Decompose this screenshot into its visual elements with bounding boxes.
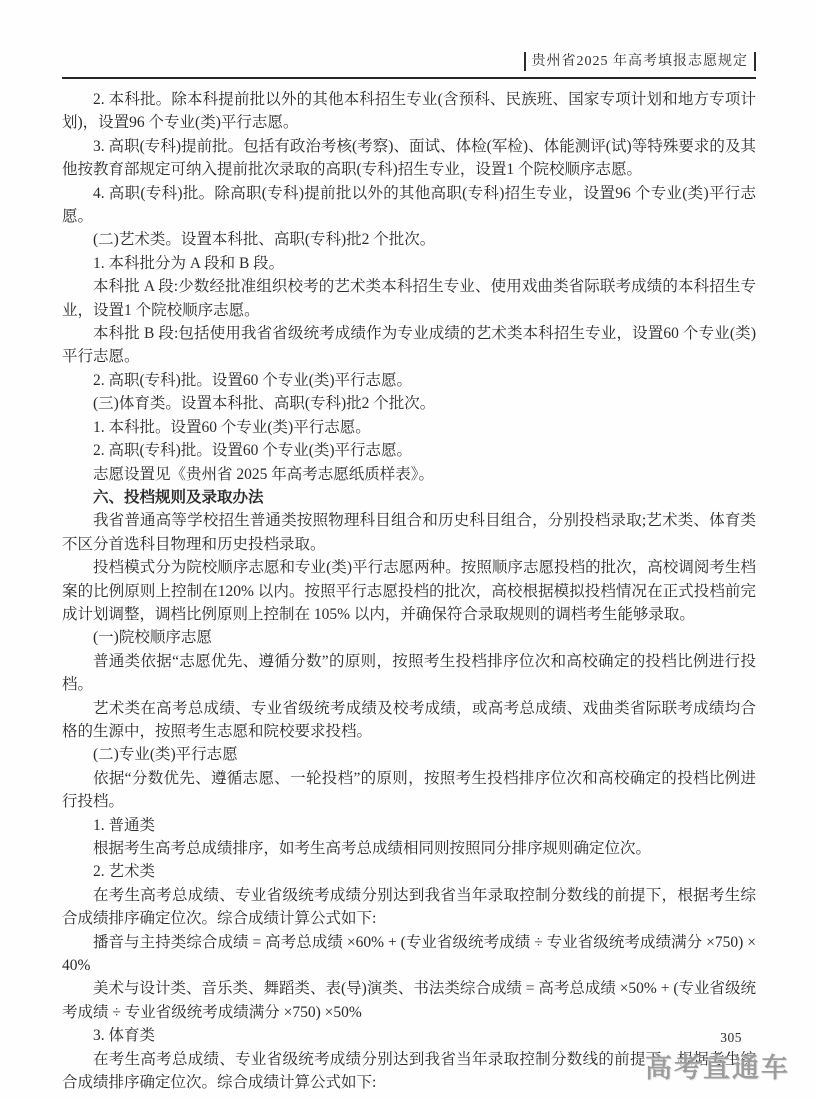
paragraph: 2. 高职(专科)批。设置60 个专业(类)平行志愿。: [62, 439, 756, 462]
paragraph: 2. 高职(专科)批。设置60 个专业(类)平行志愿。: [62, 369, 756, 392]
paragraph: 2. 本科批。除本科提前批以外的其他本科招生专业(含预科、民族班、国家专项计划和…: [62, 88, 756, 135]
paragraph: 2. 艺术类: [62, 860, 756, 883]
section-heading: 六、投档规则及录取办法: [62, 486, 756, 509]
page-number: 305: [720, 1030, 742, 1046]
paragraph: (三)体育类。设置本科批、高职(专科)批2 个批次。: [62, 392, 756, 415]
document-page: 贵州省2025 年高考填报志愿规定 2. 本科批。除本科提前批以外的其他本科招生…: [0, 0, 816, 1100]
paragraph: 本科批 B 段:包括使用我省省级统考成绩作为专业成绩的艺术类本科招生专业，设置6…: [62, 322, 756, 369]
paragraph: 普通类依据“志愿优先、遵循分数”的原则，按照考生投档排序位次和高校确定的投档比例…: [62, 650, 756, 697]
running-header-title: 贵州省2025 年高考填报志愿规定: [524, 52, 757, 71]
paragraph: (二)艺术类。设置本科批、高职(专科)批2 个批次。: [62, 228, 756, 251]
document-body: 2. 本科批。除本科提前批以外的其他本科招生专业(含预科、民族班、国家专项计划和…: [62, 88, 756, 1094]
paragraph: 志愿设置见《贵州省 2025 年高考志愿纸质样表》。: [62, 463, 756, 486]
paragraph: (一)院校顺序志愿: [62, 626, 756, 649]
paragraph: 3. 体育类: [62, 1024, 756, 1047]
watermark-text: 高考直通车: [645, 1046, 790, 1085]
running-header: 贵州省2025 年高考填报志愿规定: [62, 52, 756, 71]
paragraph: 投档模式分为院校顺序志愿和专业(类)平行志愿两种。按照顺序志愿投档的批次，高校调…: [62, 556, 756, 626]
paragraph: 依据“分数优先、遵循志愿、一轮投档”的原则，按照考生投档排序位次和高校确定的投档…: [62, 767, 756, 814]
paragraph: (二)专业(类)平行志愿: [62, 743, 756, 766]
paragraph: 根据考生高考总成绩排序，如考生高考总成绩相同则按照同分排序规则确定位次。: [62, 837, 756, 860]
paragraph: 1. 本科批分为 A 段和 B 段。: [62, 252, 756, 275]
paragraph: 在考生高考总成绩、专业省级统考成绩分别达到我省当年录取控制分数线的前提下，根据考…: [62, 884, 756, 931]
paragraph: 4. 高职(专科)批。除高职(专科)提前批以外的其他高职(专科)招生专业，设置9…: [62, 182, 756, 229]
paragraph: 我省普通高等学校招生普通类按照物理科目组合和历史科目组合，分别投档录取;艺术类、…: [62, 509, 756, 556]
paragraph: 本科批 A 段:少数经批准组织校考的艺术类本科招生专业、使用戏曲类省际联考成绩的…: [62, 275, 756, 322]
paragraph: 艺术类在高考总成绩、专业省级统考成绩及校考成绩，或高考总成绩、戏曲类省际联考成绩…: [62, 697, 756, 744]
paragraph: 1. 普通类: [62, 814, 756, 837]
paragraph: 1. 本科批。设置60 个专业(类)平行志愿。: [62, 416, 756, 439]
paragraph: 播音与主持类综合成绩 = 高考总成绩 ×60% + (专业省级统考成绩 ÷ 专业…: [62, 931, 756, 978]
paragraph: 美术与设计类、音乐类、舞蹈类、表(导)演类、书法类综合成绩 = 高考总成绩 ×5…: [62, 977, 756, 1024]
header-rule-divider: [62, 77, 756, 79]
paragraph: 3. 高职(专科)提前批。包括有政治考核(考察)、面试、体检(军检)、体能测评(…: [62, 135, 756, 182]
page-content: 贵州省2025 年高考填报志愿规定 2. 本科批。除本科提前批以外的其他本科招生…: [62, 0, 756, 1094]
